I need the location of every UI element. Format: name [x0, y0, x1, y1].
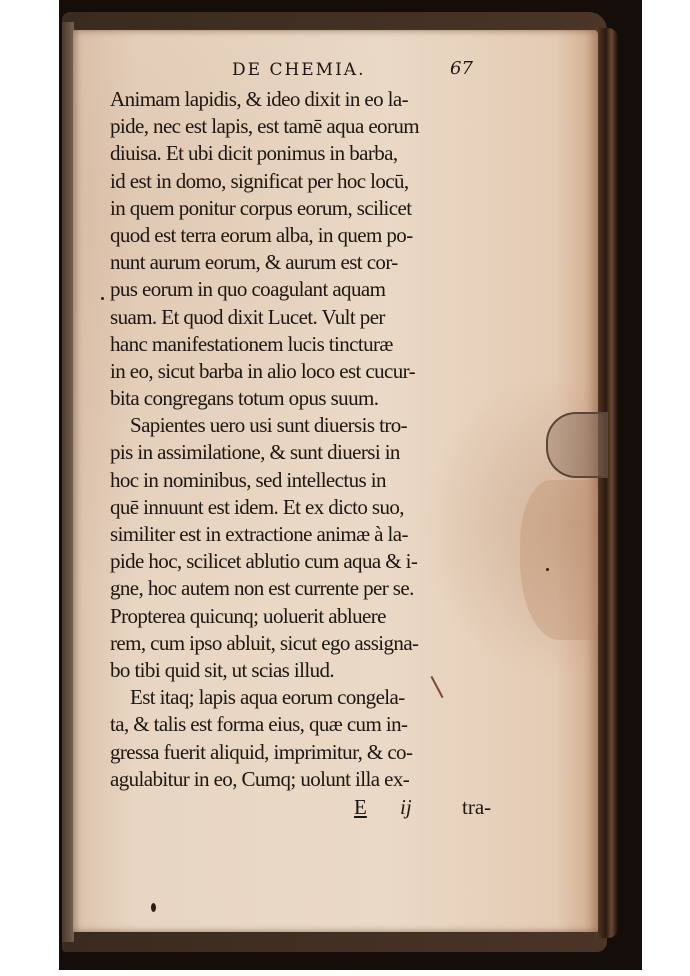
text-line: pus eorum in quo coagulant aquam: [110, 276, 530, 303]
text-line: Est itaq; lapis aqua eorum congela-: [110, 684, 530, 711]
text-line: gne, hoc autem non est currente per se.: [110, 575, 530, 602]
running-head-title: DE CHEMIA.: [232, 60, 366, 80]
page-text: DE CHEMIA. 67 Animam lapidis, & ideo dix…: [110, 60, 530, 825]
text-line: similiter est in extractione animæ à la-: [110, 521, 530, 548]
text-line: suam. Et quod dixit Lucet. Vult per: [110, 304, 530, 331]
text-line: in eo, sicut barba in alio loco est cucu…: [110, 358, 530, 385]
text-line: nunt aurum eorum, & aurum est cor-: [110, 249, 530, 276]
text-line: rem, cum ipso abluit, sicut ego assigna-: [110, 630, 530, 657]
signature-number: ij: [400, 795, 412, 820]
signature-mark: E: [354, 795, 367, 820]
water-stain: [520, 480, 598, 640]
signature-line: E ij tra-: [110, 795, 530, 825]
text-line: quod est terra eorum alba, in quem po-: [110, 222, 530, 249]
clasp-tab: [546, 412, 608, 478]
catchword: tra-: [462, 795, 491, 820]
ink-speck: [546, 568, 549, 571]
text-line: in quem ponitur corpus eorum, scilicet: [110, 195, 530, 222]
text-line: hoc in nominibus, sed intellectus in: [110, 467, 530, 494]
page-number: 67: [450, 58, 473, 79]
text-line: Propterea quicunq; uoluerit abluere: [110, 603, 530, 630]
text-line: bo tibi quid sit, ut scias illud.: [110, 657, 530, 684]
text-line: agulabitur in eo, Cumq; uolunt illa ex-: [110, 766, 530, 793]
text-line: bita congregans totum opus suum.: [110, 385, 530, 412]
text-lines: Animam lapidis, & ideo dixit in eo la-pi…: [110, 86, 530, 793]
text-line: pis in assimilatione, & sunt diuersi in: [110, 439, 530, 466]
running-head: DE CHEMIA. 67: [110, 60, 530, 86]
text-line: pide, nec est lapis, est tamē aqua eorum: [110, 113, 530, 140]
text-line: pide hoc, scilicet ablutio cum aqua & i-: [110, 548, 530, 575]
ink-speck: [151, 903, 156, 912]
text-line: diuisa. Et ubi dicit ponimus in barba,: [110, 140, 530, 167]
text-line: Animam lapidis, & ideo dixit in eo la-: [110, 86, 530, 113]
text-line: id est in domo, significat per hoc locū,: [110, 168, 530, 195]
text-line: quē innuunt est idem. Et ex dicto suo,: [110, 494, 530, 521]
fore-edge: [596, 28, 618, 938]
text-line: ta, & talis est forma eius, quæ cum in-: [110, 711, 530, 738]
ink-speck: [101, 297, 104, 300]
text-line: Sapientes uero usi sunt diuersis tro-: [110, 412, 530, 439]
text-line: gressa fuerit aliquid, imprimitur, & co-: [110, 739, 530, 766]
text-line: hanc manifestationem lucis tincturæ: [110, 331, 530, 358]
